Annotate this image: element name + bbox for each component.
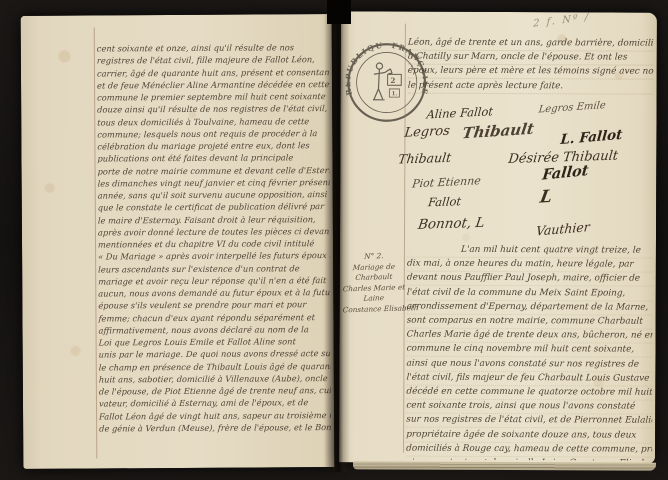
handwritten-line: sont comparus en notre mairie, commune C…	[406, 315, 653, 330]
right-page-act-text-block: L'an mil huit cent quatre vingt treize, …	[406, 244, 653, 461]
margin-note-line: Constance Elisabeth	[342, 303, 404, 316]
stamp-value-text: 2	[390, 76, 395, 85]
handwritten-line: arrondissement d'Epernay, département de…	[406, 300, 653, 315]
left-page-text-block: cent soixante et onze, ainsi qu'il résul…	[97, 41, 332, 460]
handwritten-line: carrier, âgé de quarante huit ans, prése…	[97, 66, 329, 80]
handwritten-line: de génie à Verdun (Meuse), frère de l'ép…	[99, 421, 331, 435]
handwritten-line: porte de notre mairie commune et devant …	[97, 164, 330, 178]
signature-legros: Legros	[404, 124, 451, 141]
signature-thibault-flourish: Thibault	[461, 120, 535, 143]
signature-bonnot: Bonnot, L	[417, 215, 486, 233]
handwritten-line: commune le cinq novembre mil huit cent s…	[406, 343, 653, 358]
signature-fallot-flourish: Fallot	[541, 162, 589, 184]
handwritten-line: leurs ascendants sur l'existence d'un co…	[98, 262, 331, 276]
left-page: cent soixante et onze, ainsi qu'il résul…	[21, 14, 335, 469]
right-page-top-text-block: Léon, âgé de trente et un ans, garde bar…	[408, 37, 654, 96]
handwritten-line: et consentante; et demoiselle Laine Cons…	[406, 457, 652, 461]
right-page: 2 f. Nº / RÉPUBLIQUE FRANÇAISE	[339, 11, 657, 463]
signature-piot-etienne: Piot Etienne	[412, 174, 482, 190]
handwritten-line: registres de l'état civil, fille majeure…	[97, 53, 329, 67]
gutter-top-notch	[327, 0, 351, 24]
signature-legros-emile: Legros Emile	[538, 100, 606, 115]
signature-paraphe: L	[538, 187, 554, 208]
handwritten-line: le présent acte après lecture faite.	[408, 79, 654, 94]
handwritten-line: époux, leurs père et mère et les témoins…	[408, 65, 654, 80]
signature-l-fallot: L. Fallot	[560, 127, 623, 148]
handwritten-line: que le constate le certificat de publica…	[98, 200, 331, 214]
handwritten-line: l'état civil de la commune du Meix Saint…	[406, 286, 653, 301]
act-margin-note: N° 2.Mariage deCharbaultCharles Marie et…	[343, 251, 405, 315]
page-edge-stack	[353, 461, 656, 470]
handwritten-line: femme; chacun d'eux ayant répondu séparé…	[98, 311, 331, 325]
scanned-register-spread: cent soixante et onze, ainsi qu'il résul…	[0, 0, 668, 480]
handwritten-line: L'an mil huit cent quatre vingt treize, …	[407, 244, 653, 259]
handwritten-line: épouse s'ils veulent se prendre pour mar…	[98, 298, 331, 312]
handwritten-line: tous deux domiciliés à Toulvaine, hameau…	[97, 115, 330, 129]
signature-thibault: Thibault	[397, 150, 452, 167]
handwritten-line: douze ainsi qu'il résulte de nos registr…	[97, 102, 330, 116]
handwritten-line: « Du Mariage » après avoir interpellé le…	[98, 249, 331, 263]
stamp-subvalue-text: 1.	[392, 91, 398, 97]
handwritten-line: Fallot Léon âgé de vingt huit ans, sapeu…	[99, 409, 332, 423]
handwritten-line: ainsi que nous l'avons constaté sur nos …	[406, 357, 653, 372]
signature-fallot: Fallot	[427, 194, 461, 209]
handwritten-line: unis par le mariage. De quoi nous avons …	[98, 347, 331, 361]
book-gutter-shadow	[324, 8, 350, 472]
signature-desiree-thibault: Désirée Thibault	[508, 149, 619, 167]
handwritten-line: le maire d'Esternay. Faisant droit à leu…	[98, 213, 331, 227]
handwritten-line: domiciliés à Rouge cay, hameau de cette …	[406, 442, 652, 457]
handwritten-line: sur nos registres de l'état civil, et de…	[406, 414, 653, 429]
corner-paraphe-annotation: 2 f. Nº /	[533, 12, 590, 30]
handwritten-line: vateur, domicilié à Esternay, ami de l'é…	[99, 396, 332, 410]
handwritten-line: publications ont été faites devant la pr…	[97, 151, 330, 165]
handwritten-line: devant nous Paufflier Paul Joseph, maire…	[406, 272, 653, 287]
handwritten-line: l'état civil, fils majeur de feu Charbau…	[406, 371, 653, 386]
stamp-value-plaque: 2 1.	[388, 74, 402, 97]
handwritten-line: le champ en présence de Thibault Louis â…	[98, 360, 331, 374]
signature-vauthier: Vauthier	[535, 219, 590, 239]
handwritten-line: Léon, âgé de trente et un ans, garde bar…	[408, 37, 654, 52]
handwritten-line: décédé en cette commune le quatorze octo…	[406, 386, 653, 401]
handwritten-line: propriétaire âgée de soixante douze ans,…	[406, 428, 653, 443]
signature-aline-fallot: Aline Fallot	[426, 104, 494, 121]
